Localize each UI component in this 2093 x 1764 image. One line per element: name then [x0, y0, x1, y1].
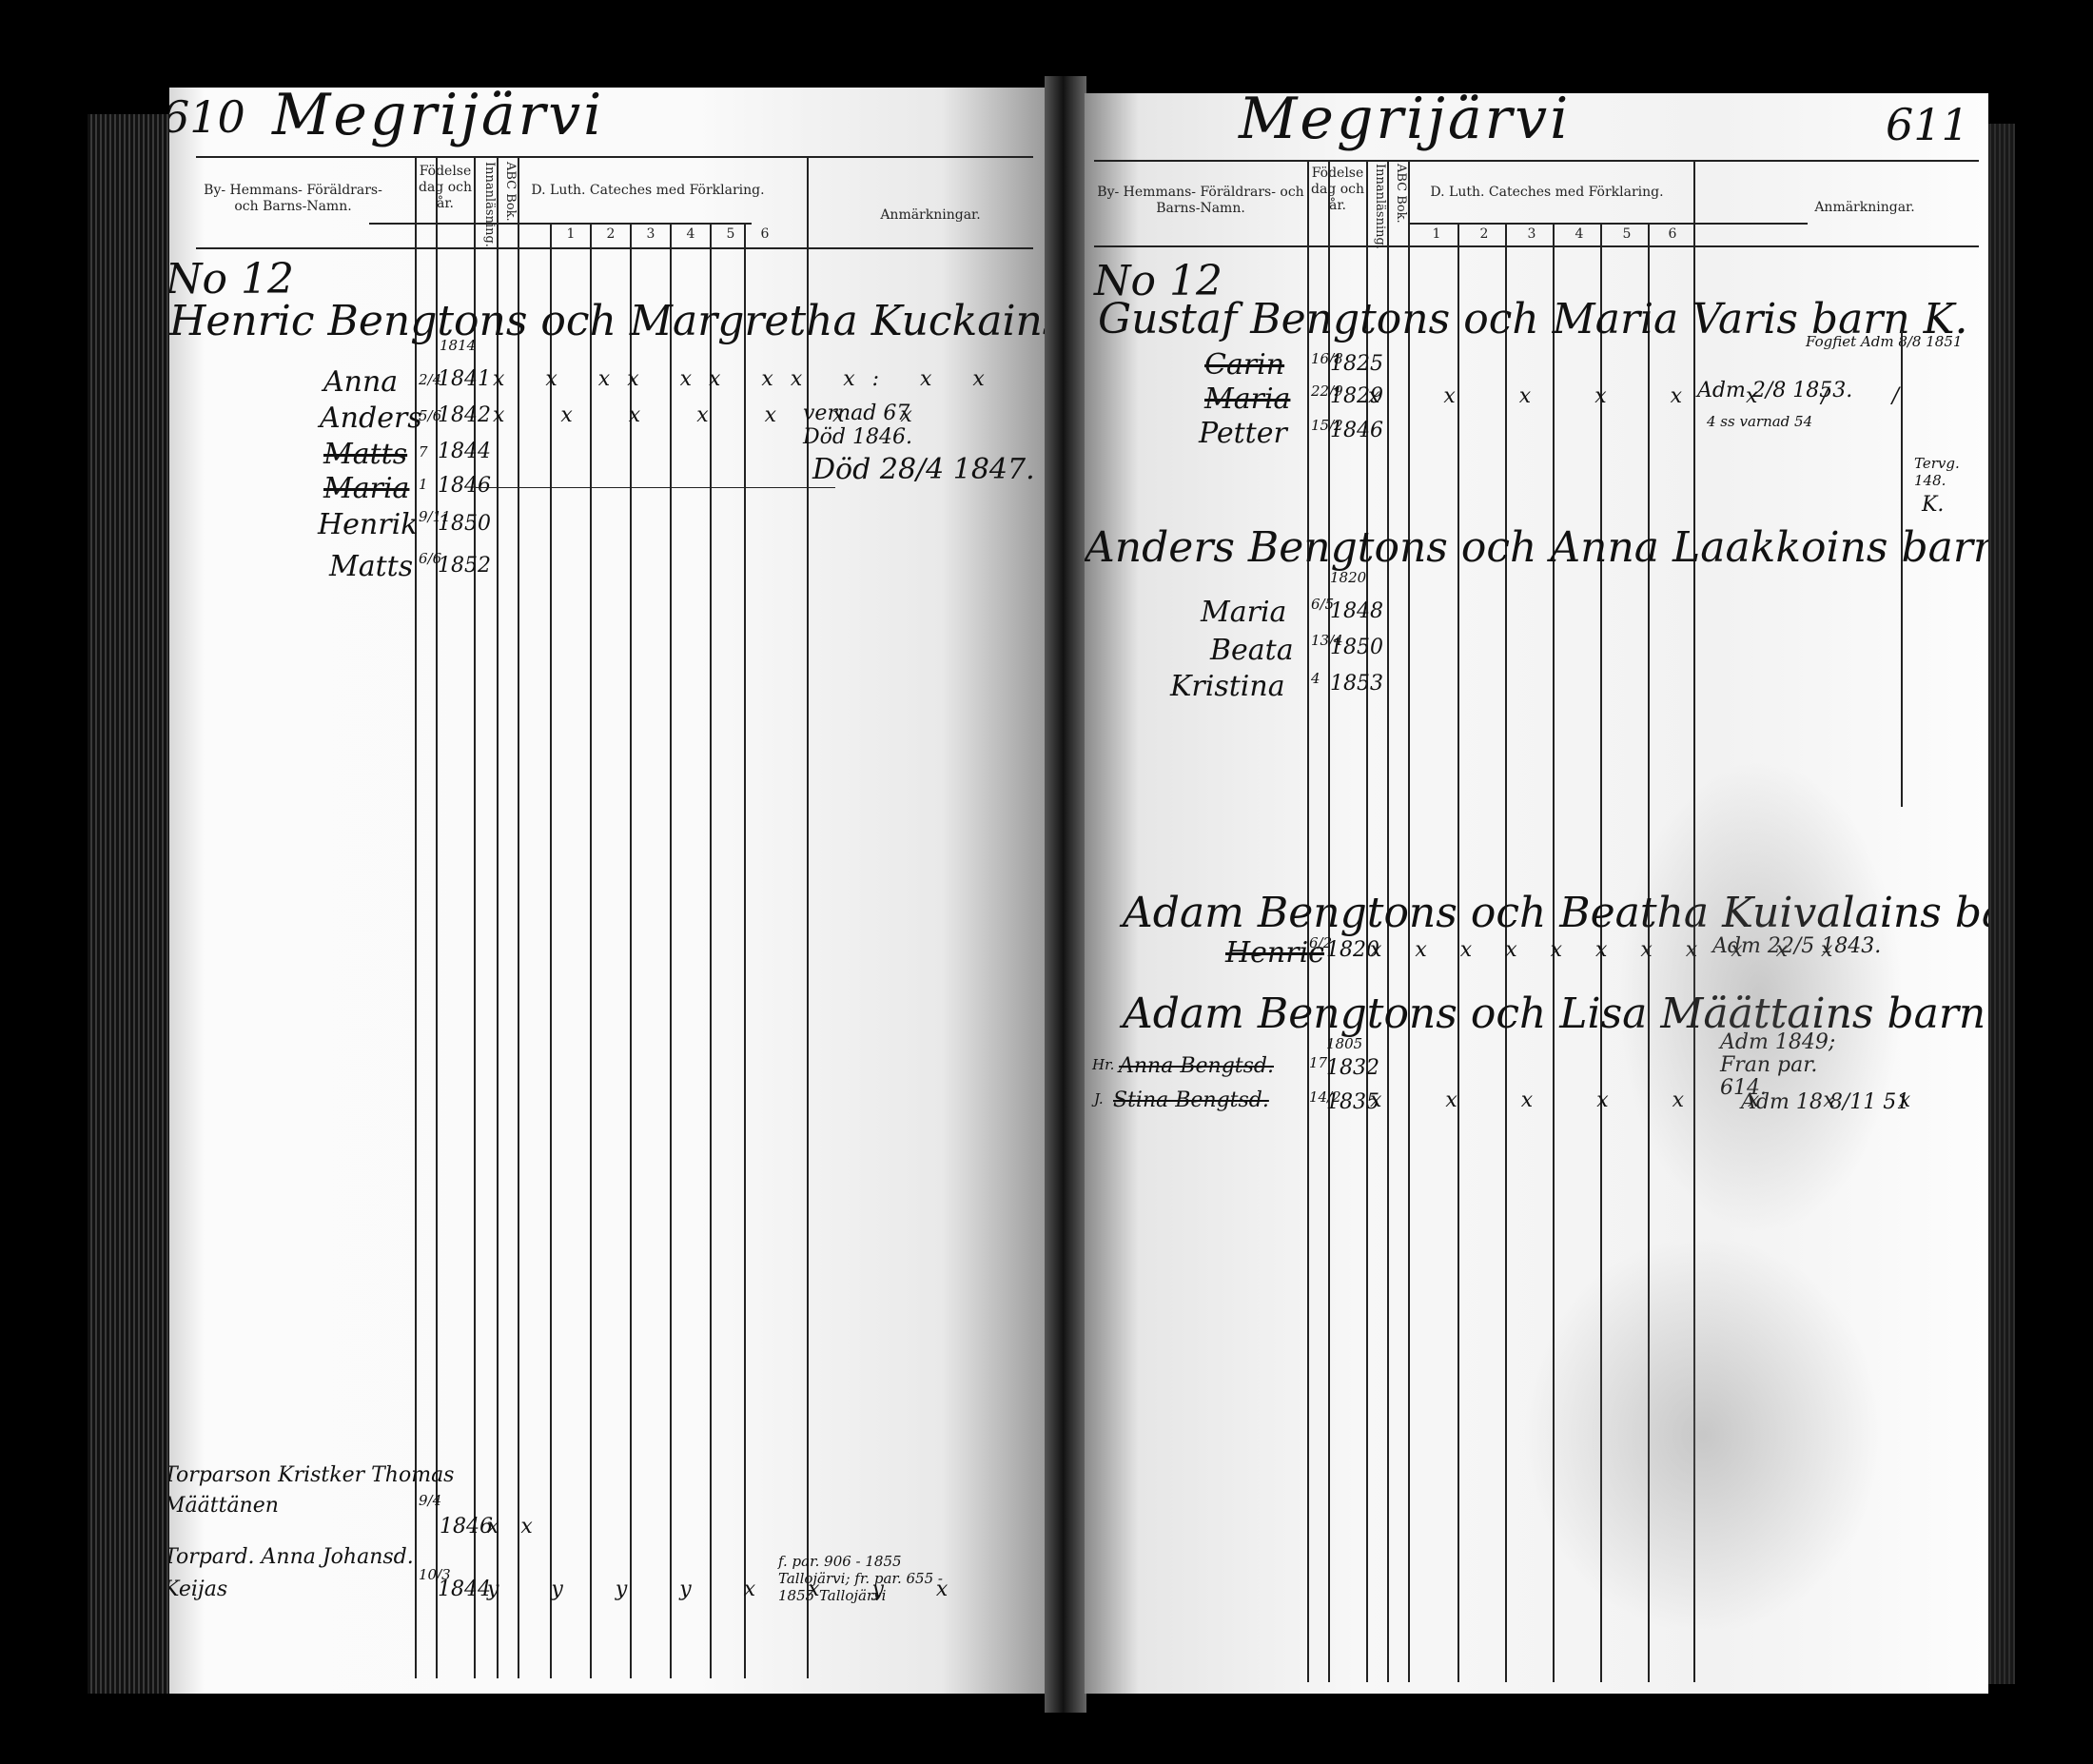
cat-num-6: 6	[1661, 226, 1684, 243]
child-year: 1850	[1330, 636, 1383, 659]
child-name: Maria	[1201, 596, 1286, 629]
cat-num-6: 6	[753, 226, 776, 243]
village-name: Megrijärvi	[272, 88, 604, 148]
right-page-edge	[1986, 124, 2015, 1684]
side-note: Tervg. 148.	[1914, 455, 1971, 489]
entry-name-line2: Keijas	[169, 1578, 227, 1601]
header-birth: Födelse dag och år.	[1309, 166, 1366, 214]
death-line	[474, 487, 835, 488]
book-spine	[1045, 76, 1086, 1713]
child-name: Anna Bengtsd.	[1119, 1054, 1274, 1078]
child-name: Petter	[1199, 417, 1287, 450]
cat-num-3: 3	[639, 226, 662, 243]
col-rule	[630, 223, 632, 1678]
col-rule	[550, 223, 552, 1678]
header-innanlasning: Innanläsning.	[481, 162, 498, 247]
child-name: Beata	[1210, 634, 1294, 667]
left-page-edge	[88, 114, 173, 1694]
child-year: 1846	[1330, 419, 1383, 442]
entry-name-line2: Määttänen	[169, 1494, 279, 1518]
child-year: 1844	[438, 440, 491, 463]
page-number: 610	[169, 91, 245, 143]
header-remarks: Anmärkningar.	[1760, 200, 1969, 216]
header-innanlasning: Innanläsning.	[1372, 164, 1388, 249]
scan-smudge	[1617, 759, 1903, 1235]
cat-num-5: 5	[719, 226, 742, 243]
remark-heading: Fogfiet Adm 8/8 1851	[1806, 333, 1962, 350]
child-marks: x x xx xx xx x: x x	[493, 367, 1002, 391]
col-rule	[710, 223, 712, 1678]
right-page: Megrijärvi 611 By- Hemmans- Föräldrars- …	[1085, 93, 1988, 1694]
header-name: By- Hemmans- Föräldrars- och Barns-Namn.	[1096, 185, 1305, 217]
col-rule	[744, 223, 746, 1678]
cat-num-3: 3	[1520, 226, 1543, 243]
child-prefix: J.	[1094, 1090, 1104, 1107]
entry-remark: f. par. 906 - 1855 Tallojärvi; fr. par. …	[778, 1553, 949, 1604]
child-year: 1853	[1330, 672, 1383, 696]
child-year: 1832	[1326, 1056, 1379, 1080]
child-name: Maria	[1204, 382, 1290, 416]
col-rule	[670, 223, 672, 1678]
child-name: Anders	[320, 402, 422, 435]
header-bottom-rule	[196, 247, 1033, 249]
entry-year: 1844	[438, 1578, 491, 1601]
page-number: 611	[1886, 99, 1969, 150]
child-year: 1842	[438, 403, 491, 427]
side-note: K.	[1922, 493, 1944, 517]
cat-num-4: 4	[1568, 226, 1591, 243]
child-name: Anna	[323, 365, 398, 399]
catechism-number-rule	[1408, 223, 1808, 225]
cat-num-1: 1	[1425, 226, 1448, 243]
child-date: 17	[1309, 1054, 1327, 1071]
year-header: 1820	[1330, 569, 1366, 586]
cat-num-4: 4	[679, 226, 702, 243]
header-top-rule	[196, 156, 1033, 158]
cat-num-1: 1	[559, 226, 582, 243]
cat-num-5: 5	[1615, 226, 1638, 243]
left-page: 610 Megrijärvi By- Hemmans- Föräldrars- …	[169, 88, 1046, 1694]
child-name: Henrik	[318, 508, 418, 541]
header-abc: ABC Bok.	[502, 162, 518, 222]
scan-smudge	[1522, 1235, 1884, 1635]
bracket-line	[1901, 331, 1903, 807]
entry-name-line1: Torparson Kristker Thomas	[169, 1463, 454, 1487]
family-heading: Henric Bengtons och Margretha Kuckains b…	[169, 297, 1046, 345]
header-catechism: D. Luth. Cateches med Förklaring.	[1414, 185, 1680, 201]
child-date: 1	[419, 476, 428, 493]
header-abc: ABC Bok.	[1393, 164, 1409, 224]
village-name: Megrijärvi	[1239, 93, 1571, 152]
cat-num-2: 2	[1473, 226, 1496, 243]
child-prefix: Hr.	[1092, 1056, 1114, 1073]
child-date: 7	[419, 443, 428, 461]
header-top-rule	[1094, 160, 1979, 162]
child-remark: 4 ss varnad 54	[1707, 413, 1812, 430]
child-date: 4	[1311, 670, 1320, 687]
col-rule	[415, 156, 417, 1678]
header-bottom-rule	[1094, 245, 1979, 247]
header-catechism: D. Luth. Cateches med Förklaring.	[529, 183, 767, 199]
child-name: Carin	[1204, 348, 1284, 382]
col-rule	[1693, 160, 1695, 245]
child-name: Matts	[323, 438, 407, 471]
child-year: 1825	[1330, 352, 1383, 376]
entry-date: 9/4	[419, 1492, 441, 1509]
child-year: 1841	[438, 367, 491, 391]
header-birth: Födelse dag och år.	[419, 164, 472, 212]
child-year: 1852	[438, 554, 491, 578]
cat-num-2: 2	[599, 226, 622, 243]
child-name: Maria	[323, 472, 409, 505]
child-year: 1850	[438, 512, 491, 536]
child-name: Matts	[329, 550, 413, 583]
catechism-number-rule	[369, 223, 752, 225]
col-rule	[590, 223, 592, 1678]
entry-marks: x x	[487, 1515, 540, 1539]
entry-year: 1846	[440, 1515, 493, 1539]
child-name: Kristina	[1170, 670, 1285, 703]
entry-name-line1: Torpard. Anna Johansd.	[169, 1545, 414, 1569]
year-header: 1814	[440, 337, 476, 354]
child-year: 1846	[438, 474, 491, 498]
child-remark: Död 28/4 1847.	[812, 453, 1035, 486]
child-remark: vernad 67 Död 1846.	[803, 402, 936, 449]
header-remarks: Anmärkningar.	[854, 207, 1007, 224]
child-name: Stina Bengtsd.	[1113, 1088, 1269, 1112]
child-remark: Adm 2/8 1853.	[1697, 379, 1852, 402]
child-year: 1848	[1330, 599, 1383, 623]
year-header: 1805	[1326, 1035, 1362, 1052]
family-heading: Anders Bengtons och Anna Laakkoins barn	[1085, 523, 1988, 572]
header-name: By- Hemmans- Föräldrars- och Barns-Namn.	[198, 183, 388, 215]
